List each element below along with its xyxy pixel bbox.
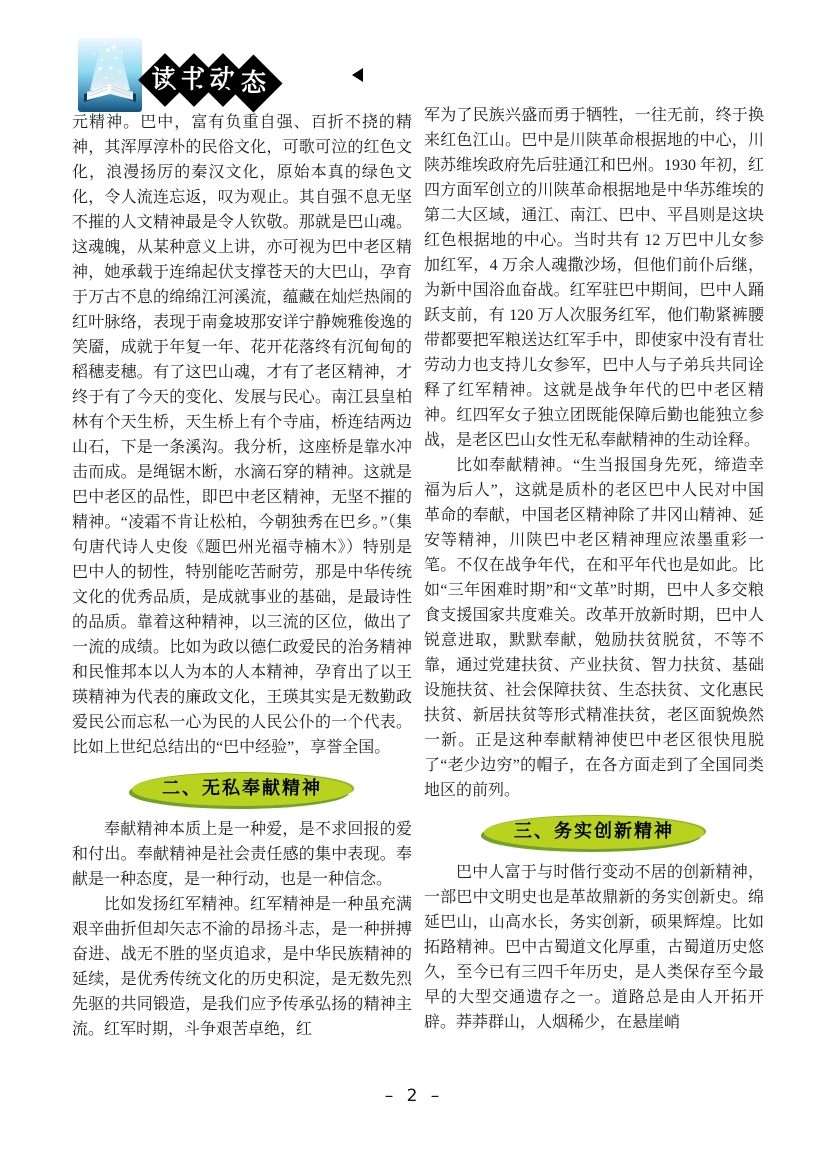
paragraph-bashan-spirit: 元精神。巴中，富有负重自强、百折不挠的精神，其浑厚淳朴的民俗文化，可歌可泣的红色… [72,110,412,760]
page-number: – 2 – [0,1086,828,1106]
left-column: 元精神。巴中，富有负重自强、百折不挠的精神，其浑厚淳朴的民俗文化，可歌可泣的红色… [72,110,412,1042]
masthead-title: 读 书 动 态 [146,52,265,108]
paragraph-dedication-definition: 奉献精神本质上是一种爱，是不求回报的爱和付出。奉献精神是社会责任感的集中表现。奉… [72,817,412,892]
section-header-label: 二、无私奉献精神 [162,778,322,798]
paragraph-dedication-examples: 比如奉献精神。“生当报国身先死，缔造幸福为后人”，这就是质朴的老区巴中人民对中国… [424,453,764,803]
paragraph-revolutionary-base: 军为了民族兴盛而勇于牺牲，一往无前，终于换来红色江山。巴中是川陕革命根据地的中心… [424,103,764,453]
section-header-wrap: 三、务实创新精神 [424,816,764,849]
section-header-pragmatic-innovation: 三、务实创新精神 [484,816,704,849]
section-header-wrap: 二、无私奉献精神 [72,773,412,806]
title-char: 态 [241,70,266,95]
paragraph-innovation-spirit: 巴中人富于与时偕行变动不居的创新精神，一部巴中文明史也是革故鼎新的务实创新史。绵… [424,860,764,1035]
open-book-icon [78,38,142,112]
paragraph-red-army-spirit: 比如发扬红军精神。红军精神是一种虽充满艰辛曲折但却矢志不渝的昂扬斗志，是一种拼搏… [72,892,412,1042]
glowing-book-logo [78,38,142,112]
right-column: 军为了民族兴盛而勇于牺牲，一往无前，终于换来红色江山。巴中是川陕革命根据地的中心… [424,103,764,1035]
section-header-selfless-dedication: 二、无私奉献精神 [132,773,352,806]
masthead-arrow-icon [352,68,363,82]
magazine-page: 读 书 动 态 元精神。巴中，富有负重自强、百折不挠的精神，其浑厚淳朴的民俗文化… [0,0,828,1172]
section-header-label: 三、务实创新精神 [514,821,674,841]
